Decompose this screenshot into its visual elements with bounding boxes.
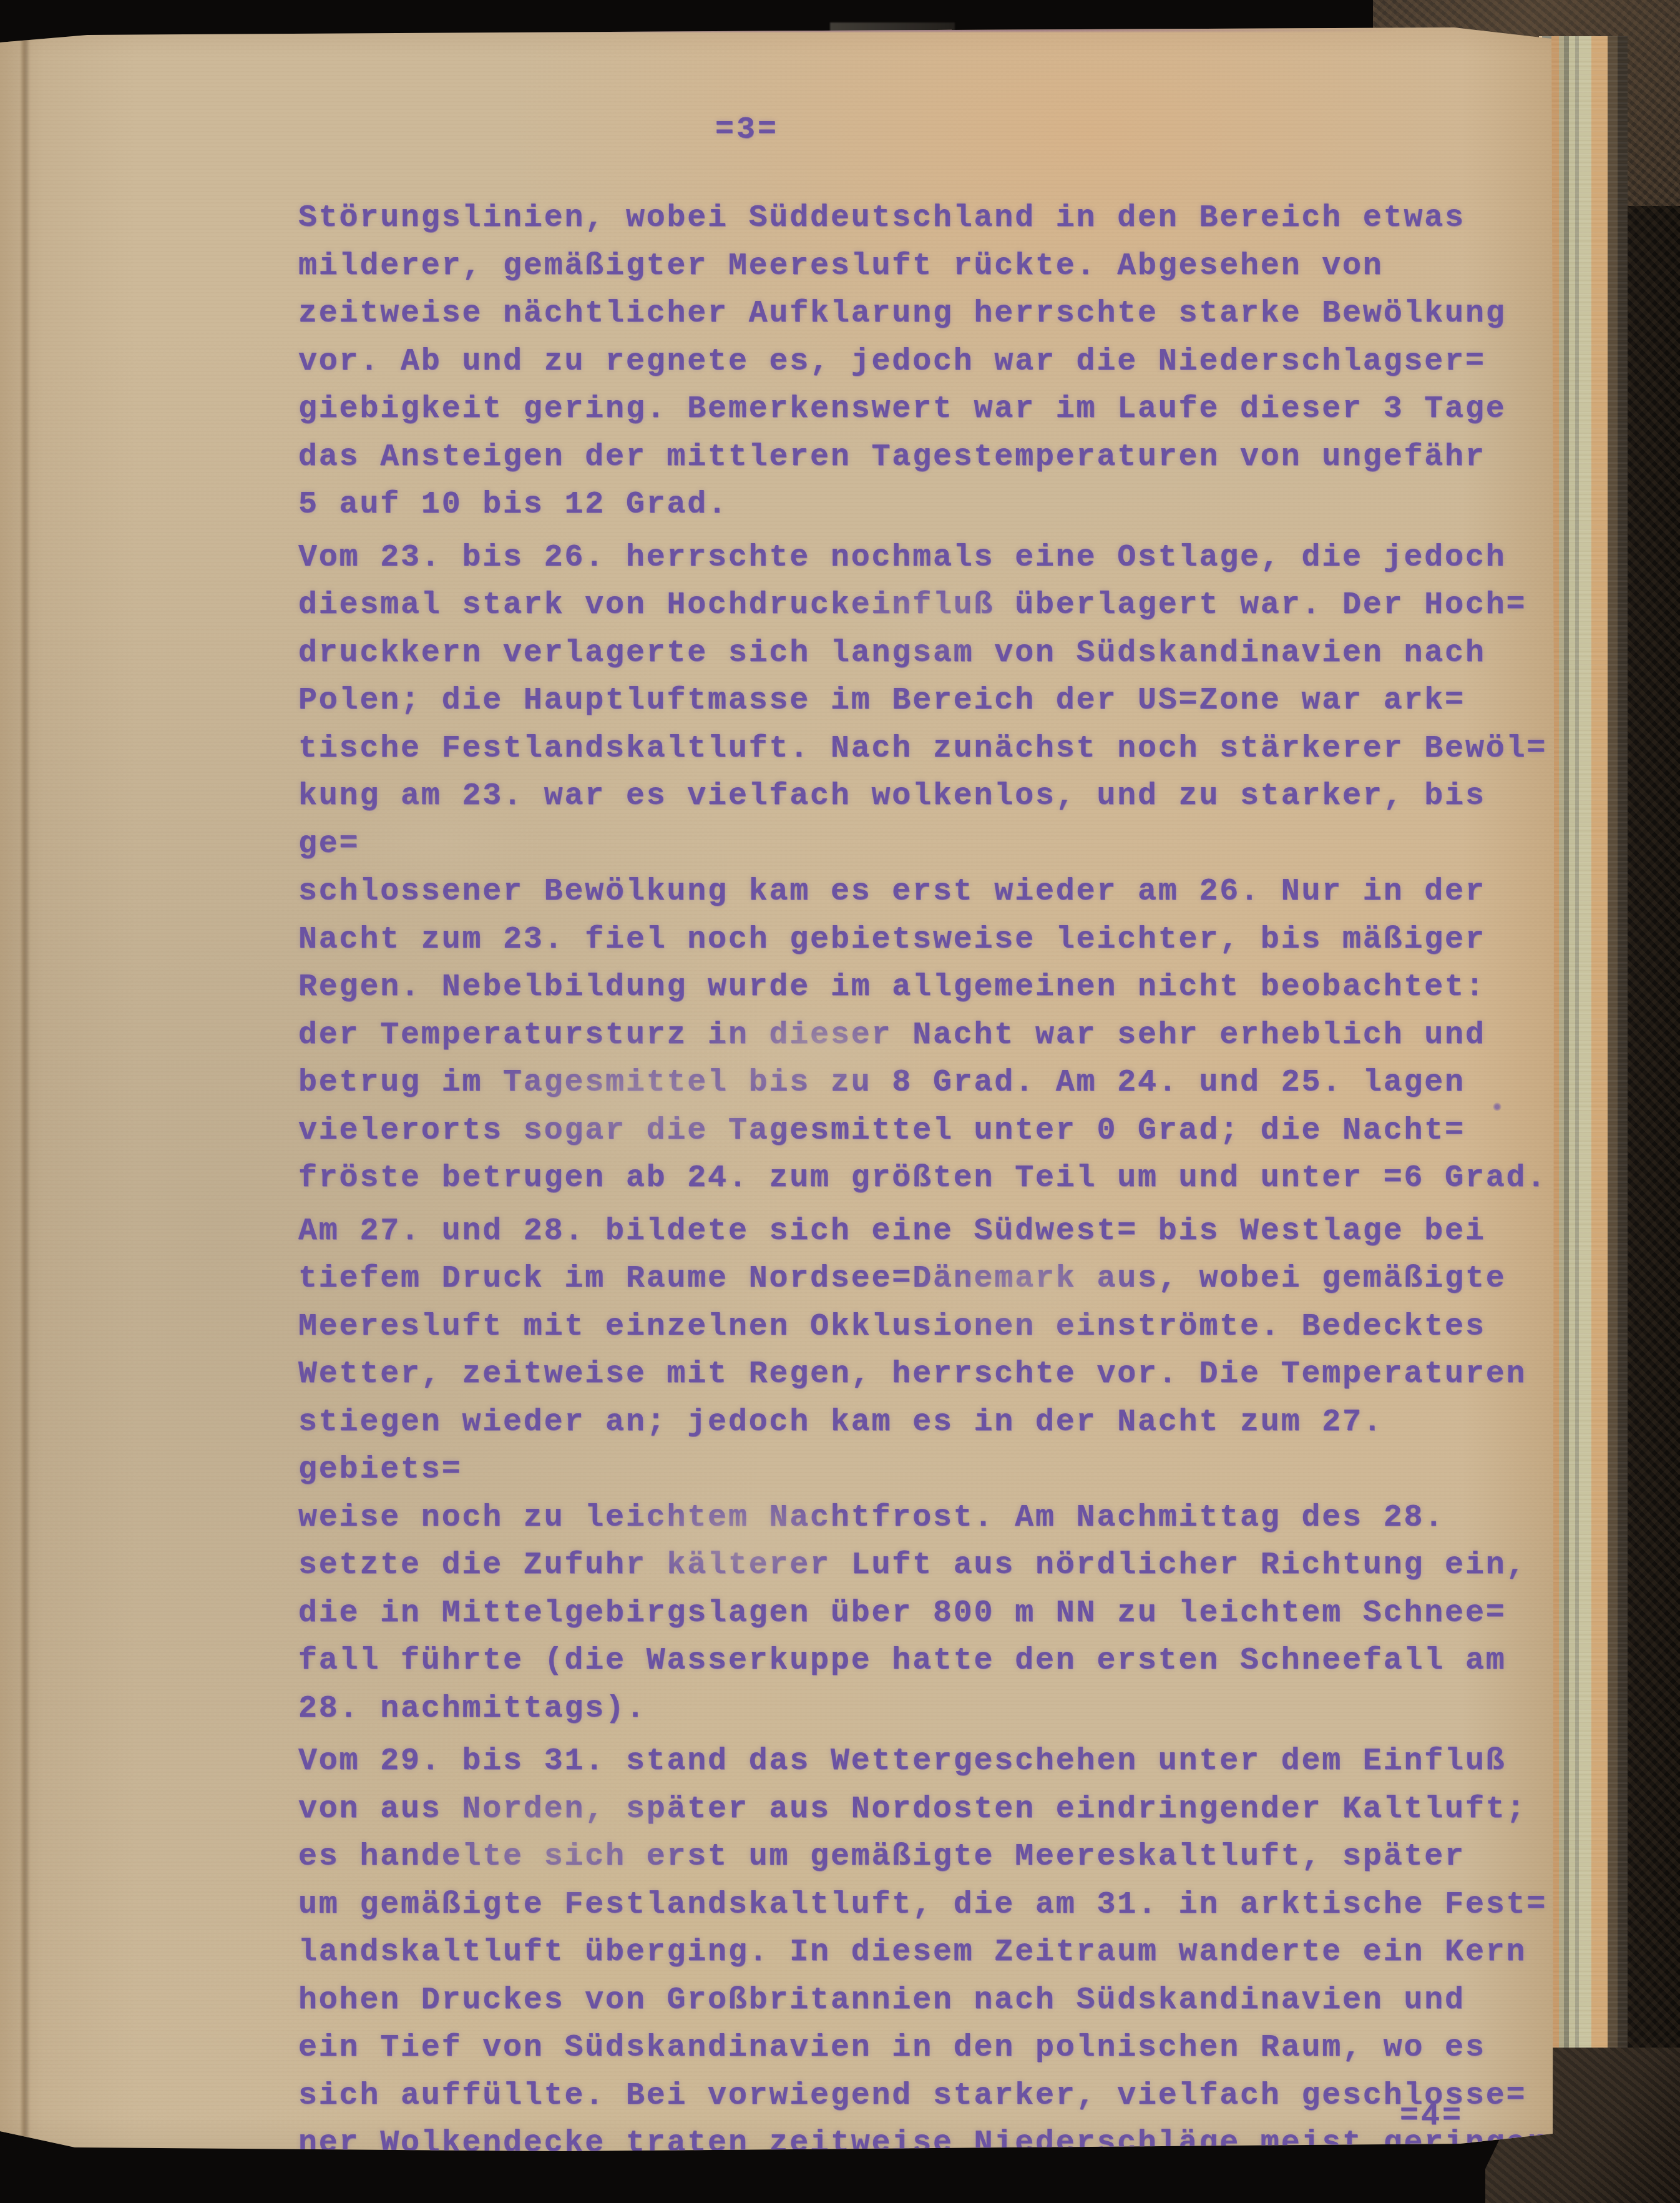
ink-spot: [1493, 1102, 1502, 1111]
page-number-header: =3=: [715, 115, 779, 146]
paragraph-1: Störungslinien, wobei Süddeutschland in …: [298, 195, 1553, 529]
document-page: =3= Störungslinien, wobei Süddeutschland…: [0, 0, 1555, 2203]
typewritten-text-block: Störungslinien, wobei Süddeutschland in …: [298, 195, 1553, 2173]
paragraph-4: Vom 29. bis 31. stand das Wettergeschehe…: [298, 1738, 1553, 2168]
paragraph-3: Am 27. und 28. bildete sich eine Südwest…: [298, 1208, 1553, 1734]
scanned-book-photo: =3= Störungslinien, wobei Süddeutschland…: [0, 0, 1680, 2203]
paragraph-2: Vom 23. bis 26. herrschte nochmals eine …: [298, 534, 1553, 1203]
page-crease: [20, 0, 30, 2203]
next-page-number: =4=: [1400, 2101, 1463, 2132]
